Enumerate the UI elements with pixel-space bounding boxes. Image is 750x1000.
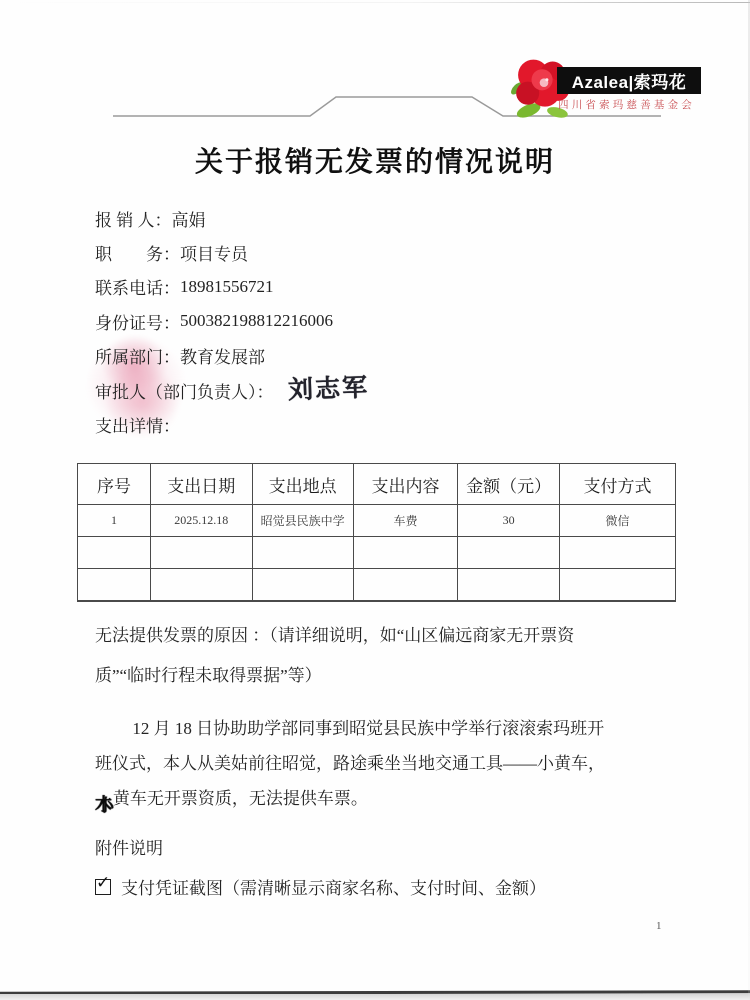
narrative-line-1: 12 月 18 日协助助学部同事到昭觉县民族中学举行滚滚索玛班开: [95, 711, 680, 746]
org-logo: Azalea|索玛花 四川省索玛慈善基金会: [505, 48, 715, 118]
handwritten-correction-char: 木小: [95, 787, 113, 804]
checked-checkbox-icon: ✓: [95, 879, 111, 895]
attachment-item: ✓ 支付凭证截图（需清晰显示商家名称、支付时间、金额）: [95, 874, 675, 899]
table-row: [78, 569, 676, 602]
cell-amount: [458, 537, 560, 569]
table-row: [78, 537, 676, 569]
cell-place: 昭觉县民族中学: [252, 505, 353, 537]
attachment-section: 附件说明 ✓ 支付凭证截图（需清晰显示商家名称、支付时间、金额）: [95, 834, 675, 899]
table-header-row: 序号 支出日期 支出地点 支出内容 金额（元） 支付方式: [78, 464, 676, 505]
field-label: 报 销 人：: [95, 206, 172, 231]
field-label: 支出详情：: [95, 412, 180, 437]
reason-line-2: 质”“临时行程未取得票据”等）: [95, 656, 675, 696]
correction-over-char: 小: [97, 788, 114, 823]
explanation-paragraph: 12 月 18 日协助助学部同事到昭觉县民族中学举行滚滚索玛班开 班仪式，本人从…: [95, 711, 680, 816]
field-reimburser: 报 销 人：高娟: [95, 201, 369, 235]
cell-method: [559, 569, 675, 602]
page-title: 关于报销无发票的情况说明: [0, 140, 750, 180]
logo-org-name: 四川省索玛慈善基金会: [558, 97, 708, 112]
reason-line-1: 无法提供发票的原因 ：（请详细说明，如“山区偏远商家无开票资: [95, 616, 675, 656]
field-department: 所属部门：教育发展部: [95, 339, 369, 373]
col-header-content: 支出内容: [353, 464, 458, 505]
expense-table: 序号 支出日期 支出地点 支出内容 金额（元） 支付方式 1 2025.12.1…: [77, 463, 676, 602]
col-header-place: 支出地点: [252, 464, 353, 505]
col-header-date: 支出日期: [150, 464, 252, 505]
cell-place: [252, 569, 353, 602]
cell-index: [78, 537, 151, 569]
narrative-line-2: 班仪式，本人从美姑前往昭觉，路途乘坐当地交通工具——小黄车，: [95, 746, 680, 781]
field-value: 项目专员: [180, 240, 248, 265]
field-phone: 联系电话：18981556721: [95, 270, 369, 304]
no-invoice-reason: 无法提供发票的原因 ：（请详细说明，如“山区偏远商家无开票资 质”“临时行程未取…: [95, 616, 675, 696]
cell-date: 2025.12.18: [150, 505, 252, 537]
col-header-index: 序号: [78, 464, 151, 505]
cell-date: [150, 537, 252, 569]
info-fields: 报 销 人：高娟 职 务：项目专员 联系电话：18981556721 身份证号：…: [95, 201, 369, 442]
cell-index: 1: [78, 505, 151, 537]
cell-method: 微信: [559, 505, 675, 537]
scanned-document-page: Azalea|索玛花 四川省索玛慈善基金会 关于报销无发票的情况说明 报 销 人…: [0, 0, 750, 1000]
page-number: 1: [656, 920, 662, 932]
field-value: 高娟: [172, 206, 206, 231]
cell-content: [353, 537, 458, 569]
approver-handwritten-signature: 刘志军: [287, 368, 369, 407]
cell-date: [150, 569, 252, 602]
field-label: 职 务：: [95, 240, 180, 265]
table-row: 1 2025.12.18 昭觉县民族中学 车费 30 微信: [78, 505, 676, 537]
field-label: 审批人（部门负责人）：: [95, 378, 274, 403]
col-header-method: 支付方式: [559, 464, 675, 505]
field-label: 身份证号：: [95, 309, 180, 334]
field-value: 教育发展部: [180, 343, 265, 368]
attachment-item-label: 支付凭证截图（需清晰显示商家名称、支付时间、金额）: [121, 874, 546, 899]
scan-bottom-shadow: [0, 994, 750, 1000]
logo-brand-box: Azalea|索玛花: [557, 67, 701, 94]
field-position: 职 务：项目专员: [95, 235, 369, 269]
field-expense-detail: 支出详情：: [95, 407, 369, 441]
field-id-number: 身份证号：500382198812216006: [95, 304, 369, 338]
field-label: 联系电话：: [95, 274, 180, 299]
cell-method: [559, 537, 675, 569]
narrative-line-3-text: 黄车无开票资质，无法提供车票。: [113, 789, 368, 808]
check-mark-icon: ✓: [96, 873, 110, 893]
narrative-line-3: 木小黄车无开票资质，无法提供车票。: [95, 781, 680, 816]
cell-content: [353, 569, 458, 602]
cell-place: [252, 537, 353, 569]
field-value: 500382198812216006: [180, 311, 333, 331]
col-header-amount: 金额（元）: [458, 464, 560, 505]
attachment-heading: 附件说明: [95, 834, 675, 860]
field-value: 18981556721: [180, 277, 274, 297]
cell-amount: [458, 569, 560, 602]
field-label: 所属部门：: [95, 343, 180, 368]
cell-amount: 30: [458, 505, 560, 537]
cell-content: 车费: [353, 505, 458, 537]
field-approver: 审批人（部门负责人）：刘志军: [95, 373, 369, 407]
logo-brand-text: Azalea|索玛花: [572, 68, 687, 93]
cell-index: [78, 569, 151, 602]
